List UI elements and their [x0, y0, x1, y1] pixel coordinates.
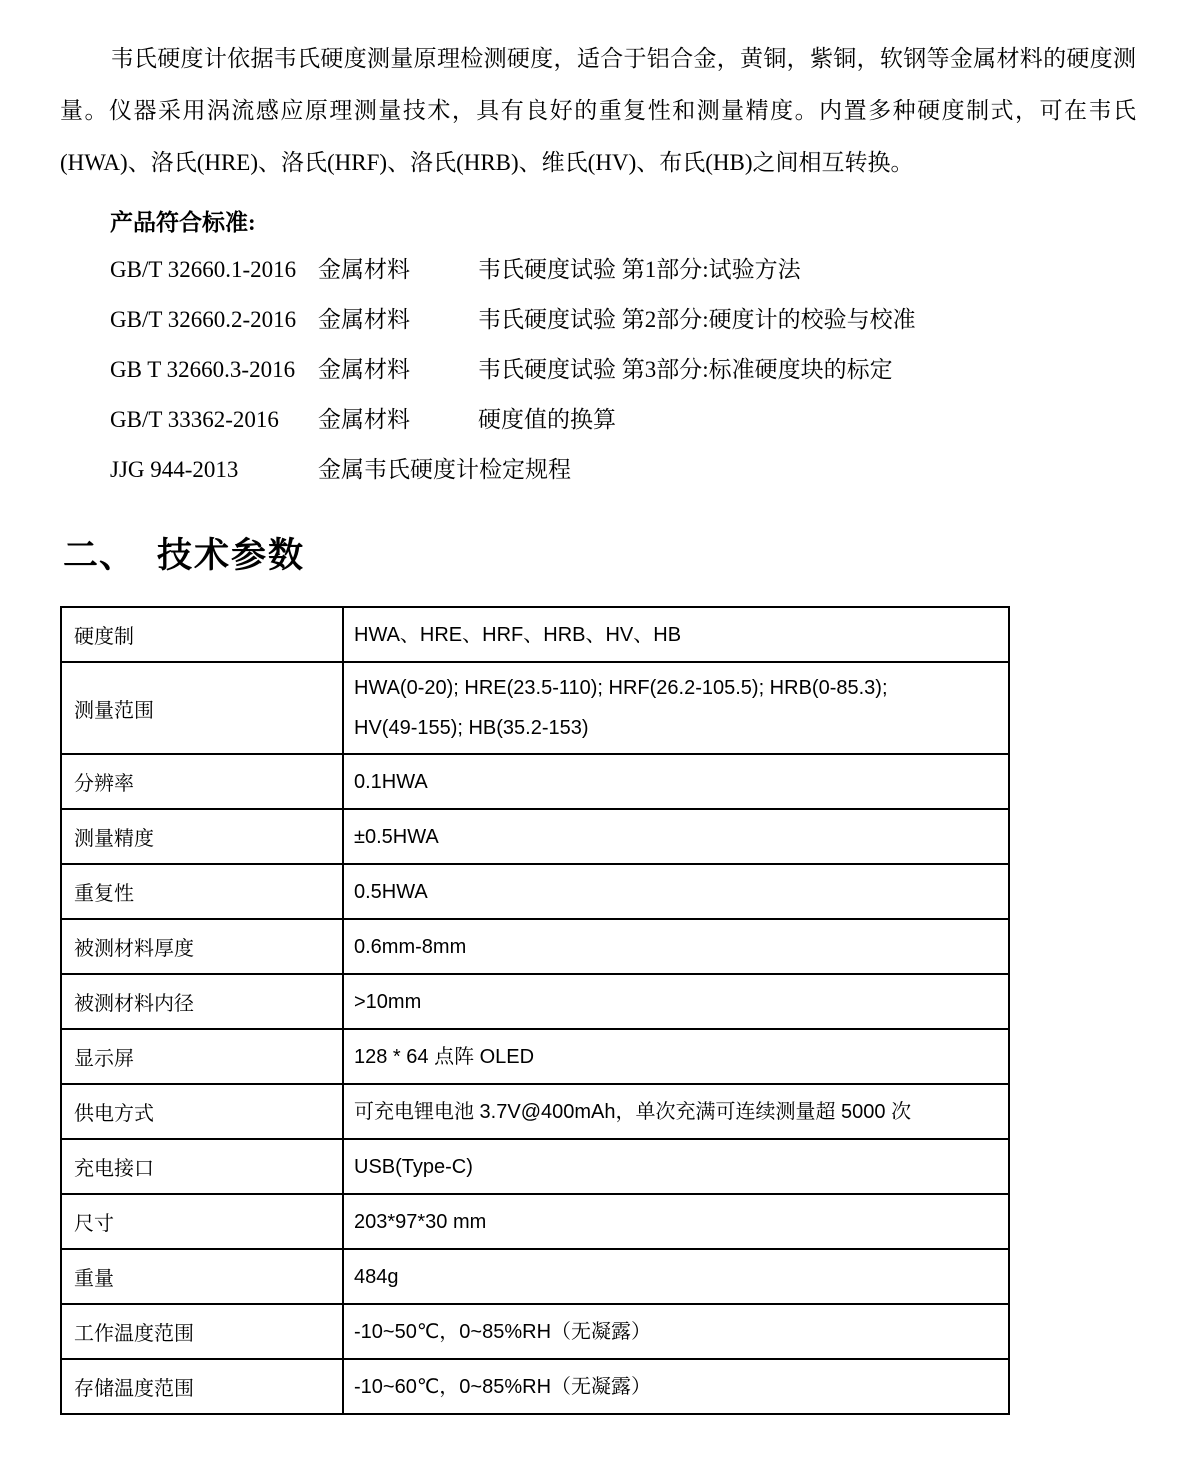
document-page: 韦氏硬度计依据韦氏硬度测量原理检测硬度，适合于铝合金，黄铜，紫铜，软钢等金属材料… — [0, 0, 1198, 1472]
standard-item: GB/T 33362-2016金属材料硬度值的换算 — [110, 395, 1136, 445]
standard-code: GB/T 32660.1-2016 — [110, 245, 318, 295]
standard-material: 金属材料 — [318, 345, 478, 395]
spec-row: 硬度制HWA、HRE、HRF、HRB、HV、HB — [61, 607, 1009, 662]
spec-value: -10~50℃，0~85%RH（无凝露） — [343, 1304, 1009, 1359]
standard-item: JJG 944-2013金属韦氏硬度计检定规程 — [110, 445, 1136, 495]
spec-label: 重复性 — [61, 864, 343, 919]
spec-label: 硬度制 — [61, 607, 343, 662]
spec-label: 测量范围 — [61, 662, 343, 754]
spec-value: 128 * 64 点阵 OLED — [343, 1029, 1009, 1084]
spec-value: USB(Type-C) — [343, 1139, 1009, 1194]
spec-row: 重量484g — [61, 1249, 1009, 1304]
standards-heading: 产品符合标准: — [110, 203, 1136, 243]
spec-row: 供电方式可充电锂电池 3.7V@400mAh，单次充满可连续测量超 5000 次 — [61, 1084, 1009, 1139]
spec-value: 0.1HWA — [343, 754, 1009, 809]
standard-material: 金属材料 — [318, 245, 478, 295]
spec-value: 484g — [343, 1249, 1009, 1304]
section-numeral: 二、 — [63, 533, 135, 579]
spec-label: 被测材料内径 — [61, 974, 343, 1029]
spec-row: 尺寸203*97*30 mm — [61, 1194, 1009, 1249]
standards-list: GB/T 32660.1-2016金属材料韦氏硬度试验 第1部分:试验方法GB/… — [60, 245, 1136, 495]
spec-value: 203*97*30 mm — [343, 1194, 1009, 1249]
standard-code: GB/T 33362-2016 — [110, 395, 318, 445]
standard-item: GB/T 32660.1-2016金属材料韦氏硬度试验 第1部分:试验方法 — [110, 245, 1136, 295]
spec-row: 分辨率0.1HWA — [61, 754, 1009, 809]
spec-label: 显示屏 — [61, 1029, 343, 1084]
standard-item: GB T 32660.3-2016金属材料韦氏硬度试验 第3部分:标准硬度块的标… — [110, 345, 1136, 395]
spec-row: 测量范围HWA(0-20); HRE(23.5-110); HRF(26.2-1… — [61, 662, 1009, 754]
spec-value: HWA、HRE、HRF、HRB、HV、HB — [343, 607, 1009, 662]
standard-material: 金属材料 — [318, 395, 478, 445]
spec-label: 被测材料厚度 — [61, 919, 343, 974]
spec-table: 硬度制HWA、HRE、HRF、HRB、HV、HB测量范围HWA(0-20); H… — [60, 606, 1010, 1415]
spec-row: 重复性0.5HWA — [61, 864, 1009, 919]
standard-description: 硬度值的换算 — [478, 395, 1136, 445]
standard-code: JJG 944-2013 — [110, 445, 318, 495]
spec-value: 0.5HWA — [343, 864, 1009, 919]
standard-code: GB/T 32660.2-2016 — [110, 295, 318, 345]
standard-description: 韦氏硬度试验 第2部分:硬度计的校验与校准 — [478, 295, 1136, 345]
spec-value: -10~60℃，0~85%RH（无凝露） — [343, 1359, 1009, 1414]
spec-row: 显示屏128 * 64 点阵 OLED — [61, 1029, 1009, 1084]
spec-label: 充电接口 — [61, 1139, 343, 1194]
standard-description: 韦氏硬度试验 第1部分:试验方法 — [478, 245, 1136, 295]
spec-label: 工作温度范围 — [61, 1304, 343, 1359]
spec-row: 被测材料内径>10mm — [61, 974, 1009, 1029]
spec-row: 被测材料厚度0.6mm-8mm — [61, 919, 1009, 974]
intro-paragraph: 韦氏硬度计依据韦氏硬度测量原理检测硬度，适合于铝合金，黄铜，紫铜，软钢等金属材料… — [60, 33, 1136, 189]
standard-description: 韦氏硬度试验 第3部分:标准硬度块的标定 — [478, 345, 1136, 395]
spec-row: 充电接口USB(Type-C) — [61, 1139, 1009, 1194]
spec-label: 存储温度范围 — [61, 1359, 343, 1414]
spec-label: 供电方式 — [61, 1084, 343, 1139]
standard-material: 金属韦氏硬度计检定规程 — [318, 445, 478, 495]
spec-row: 存储温度范围-10~60℃，0~85%RH（无凝露） — [61, 1359, 1009, 1414]
spec-label: 重量 — [61, 1249, 343, 1304]
spec-label: 测量精度 — [61, 809, 343, 864]
spec-label: 分辨率 — [61, 754, 343, 809]
spec-label: 尺寸 — [61, 1194, 343, 1249]
standard-item: GB/T 32660.2-2016金属材料韦氏硬度试验 第2部分:硬度计的校验与… — [110, 295, 1136, 345]
standard-code: GB T 32660.3-2016 — [110, 345, 318, 395]
spec-value: 0.6mm-8mm — [343, 919, 1009, 974]
section-title: 技术参数 — [157, 533, 305, 579]
spec-row: 工作温度范围-10~50℃，0~85%RH（无凝露） — [61, 1304, 1009, 1359]
standard-material: 金属材料 — [318, 295, 478, 345]
section-heading: 二、 技术参数 — [63, 533, 1136, 579]
spec-value: HWA(0-20); HRE(23.5-110); HRF(26.2-105.5… — [343, 662, 1009, 754]
standard-description — [478, 445, 1136, 495]
spec-value: 可充电锂电池 3.7V@400mAh，单次充满可连续测量超 5000 次 — [343, 1084, 1009, 1139]
spec-row: 测量精度±0.5HWA — [61, 809, 1009, 864]
spec-value: ±0.5HWA — [343, 809, 1009, 864]
spec-value: >10mm — [343, 974, 1009, 1029]
